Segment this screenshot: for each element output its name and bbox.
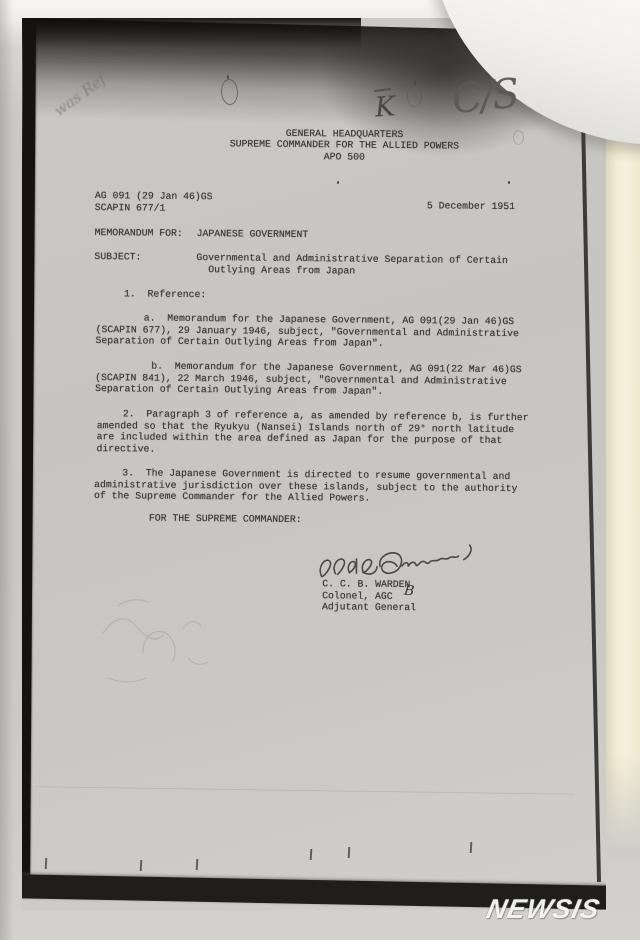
photo-of-document: GENERAL HEADQUARTERS SUPREME COMMANDER F… xyxy=(0,0,640,940)
circle-mark-dot xyxy=(414,81,416,85)
pencil-scribble-top-left: was Ref xyxy=(50,70,109,120)
handwritten-signature xyxy=(315,542,487,588)
circle-mark-3 xyxy=(513,130,524,145)
pencil-k-mark: K xyxy=(374,91,396,123)
handwritten-annotations: was Ref K C/S B xyxy=(0,0,640,940)
newsis-watermark: NEWSIS xyxy=(484,894,603,925)
pencil-cs-mark: C/S xyxy=(450,71,520,124)
faint-pencil-scribbles xyxy=(88,598,238,708)
circle-mark-1 xyxy=(220,78,239,105)
circle-mark-dot xyxy=(227,75,229,79)
handwritten-rank-mark: B xyxy=(403,583,415,600)
circle-mark-2 xyxy=(407,85,422,107)
